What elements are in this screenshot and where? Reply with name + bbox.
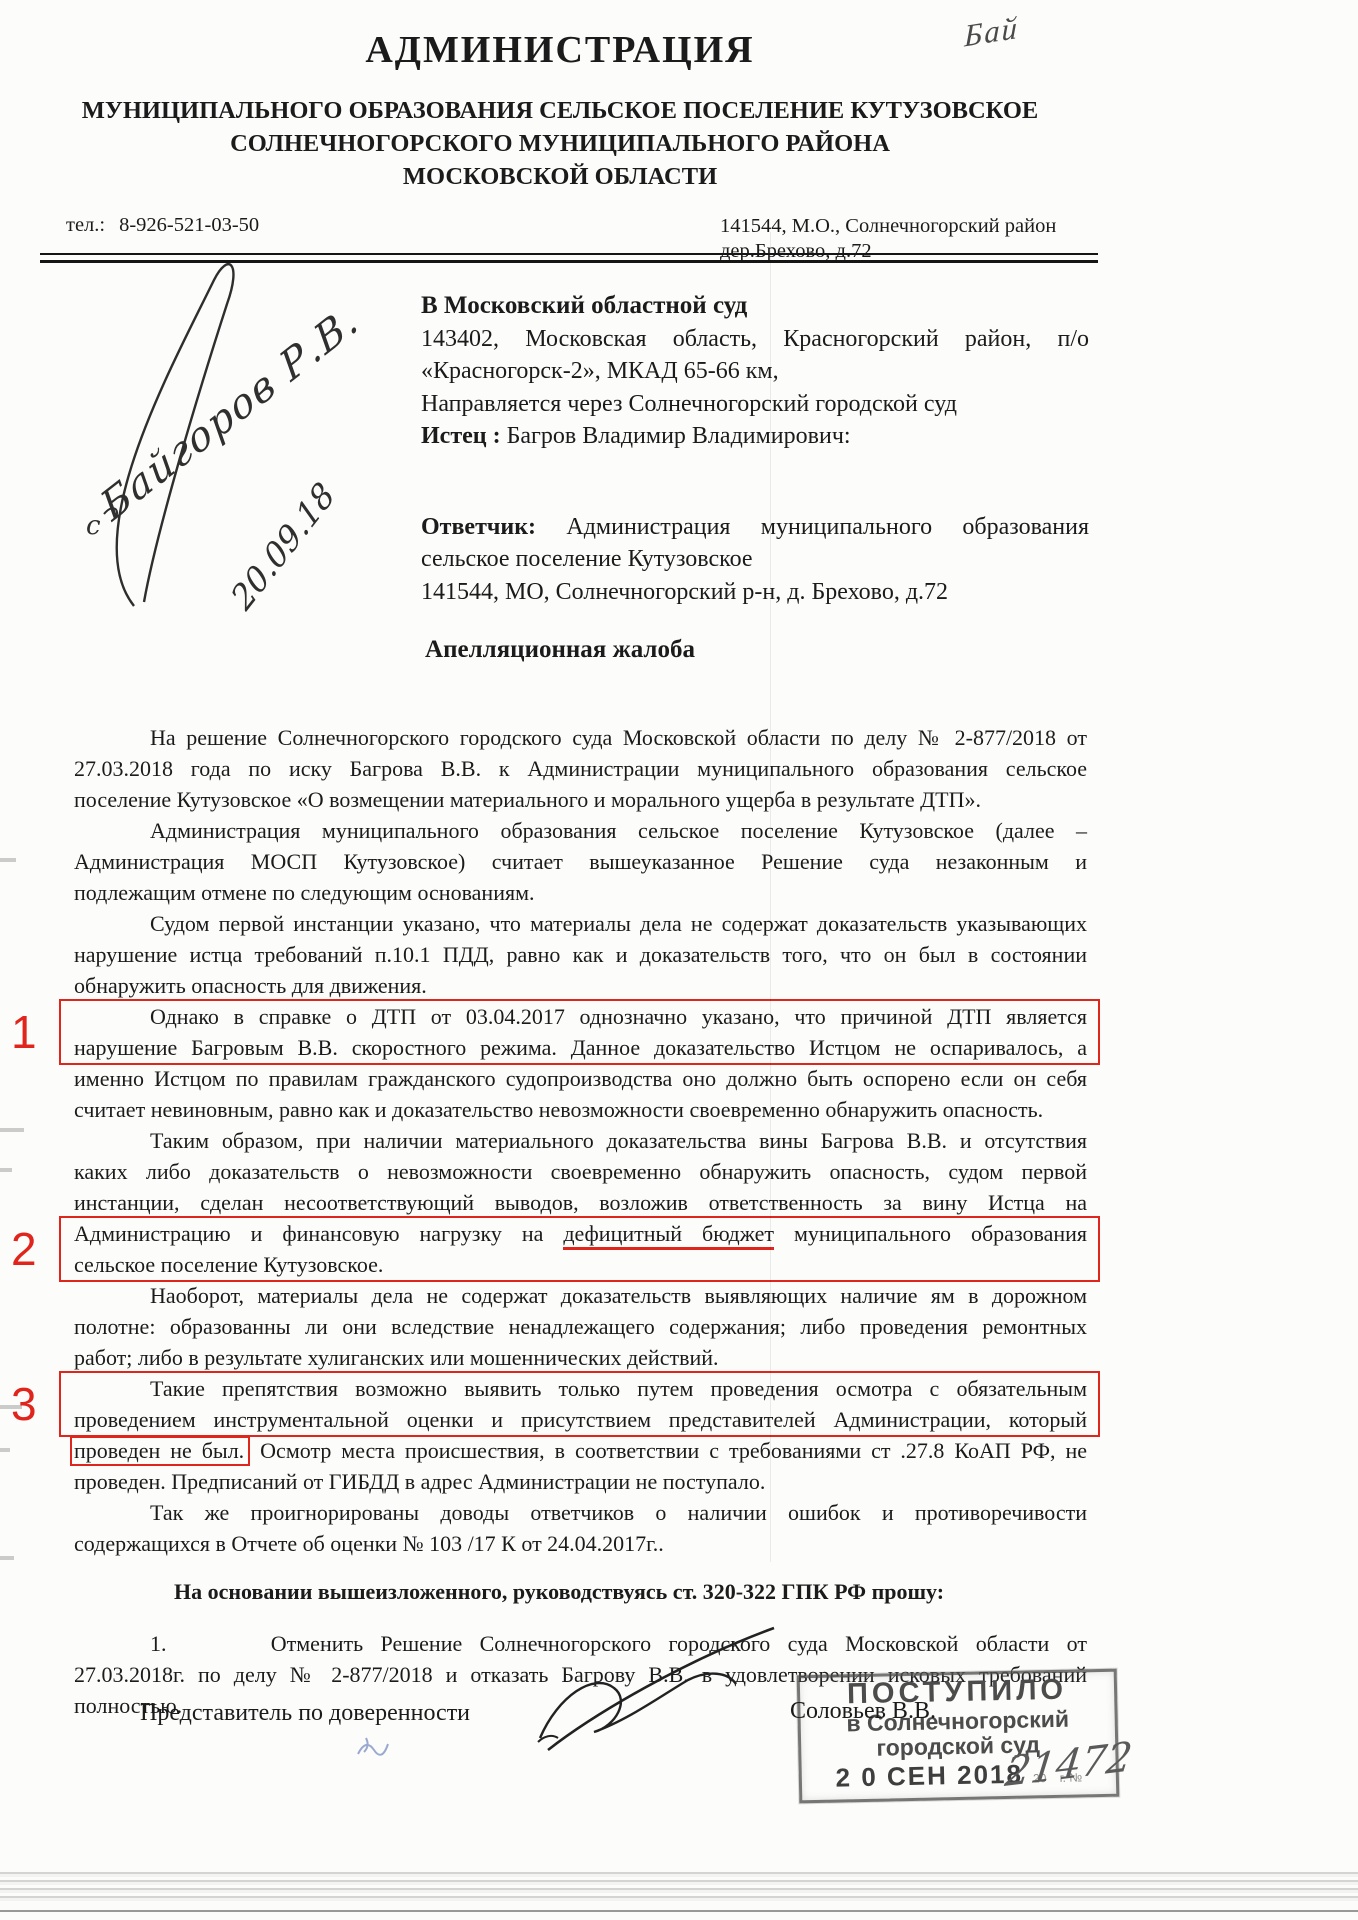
org-line-3: МОСКОВСКОЙ ОБЛАСТИ: [40, 160, 1080, 193]
routing-line: Направляется через Солнечногорский город…: [421, 388, 1089, 421]
org-address-line-1: 141544, М.О., Солнечногорский район: [720, 214, 1092, 239]
plaintiff-line: Истец : Багров Владимир Владимирович:: [421, 420, 1089, 453]
body-text-segment: каких либо доказательств о невозможности…: [74, 1159, 1087, 1184]
body-text-segment: Администрацию и финансовую нагрузку на: [74, 1221, 563, 1246]
body-line: инстанции, сделан несоответствующий выво…: [74, 1187, 1087, 1218]
body-text-segment: проведен. Предписаний от ГИБДД в адрес А…: [74, 1469, 765, 1494]
body-text-segment: 27.03.2018 года по иску Багрова В.В. к А…: [74, 756, 1087, 781]
scan-artifact: [0, 1448, 10, 1452]
signature-stroke: [540, 1674, 736, 1738]
body-text-segment: На решение Солнечногорского городского с…: [150, 725, 1087, 750]
body-line: сельское поселение Кутузовское.: [74, 1249, 1087, 1280]
red-annotation-box-3: 3Такие препятствия возможно выявить толь…: [59, 1371, 1100, 1437]
body-text-segment: сельское поселение Кутузовское.: [74, 1252, 383, 1277]
org-title: АДМИНИСТРАЦИЯ: [40, 28, 1080, 72]
body-text: На решение Солнечногорского городского с…: [74, 722, 1087, 1721]
scan-artifact: [0, 1405, 22, 1409]
court-address-line-1: 143402, Московская область, Красногорски…: [421, 323, 1089, 356]
body-line: Однако в справке о ДТП от 03.04.2017 одн…: [74, 1001, 1087, 1032]
body-text-segment: поселение Кутузовское «О возмещении мате…: [74, 787, 981, 812]
scanned-appeal-document: АДМИНИСТРАЦИЯ МУНИЦИПАЛЬНОГО ОБРАЗОВАНИЯ…: [0, 0, 1358, 1920]
body-line: Таким образом, при наличии материального…: [74, 1125, 1087, 1156]
stamp-date: 2 0 СЕН 2018: [835, 1759, 1023, 1794]
defendant-line-2: сельское поселение Кутузовское: [421, 543, 1089, 576]
body-text-segment: муниципального образования: [774, 1221, 1087, 1246]
representative-signature: [536, 1618, 806, 1778]
defendant-line-1: Ответчик: Администрация муниципального о…: [421, 511, 1089, 544]
body-line: содержащихся в Отчете об оценки № 103 /1…: [74, 1528, 1087, 1559]
body-text-segment: Администрация МОСП Кутузовское) считает …: [74, 849, 1087, 874]
defendant-name: Администрация муниципального образования: [536, 514, 1089, 540]
body-line: Наоборот, материалы дела не содержат док…: [74, 1280, 1087, 1311]
body-line: 27.03.2018 года по иску Багрова В.В. к А…: [74, 753, 1087, 784]
request-heading: На основании вышеизложенного, руководств…: [74, 1576, 1087, 1607]
document-title: Апелляционная жалоба: [40, 636, 1080, 664]
scan-edge-line: [0, 1910, 1358, 1912]
diagonal-handwritten-signature: с Байгоров Р.В. 20.09.18: [34, 204, 464, 624]
recipient-block: В Московский областной суд 143402, Моско…: [421, 290, 1089, 608]
pen-squiggle: [358, 1738, 388, 1755]
body-line: поселение Кутузовское «О возмещении мате…: [74, 784, 1087, 815]
blue-pen-mark: [352, 1730, 394, 1764]
body-text-segment: Судом первой инстанции указано, что мате…: [150, 911, 1087, 936]
body-text-segment: именно Истцом по правилам гражданского с…: [74, 1066, 1087, 1091]
scan-fold-line: [770, 232, 771, 1562]
signer-name: Соловьев В.В.: [790, 1698, 936, 1725]
annotation-number-3: 3: [11, 1377, 37, 1431]
body-line: полотне: образованны ли они вследствие н…: [74, 1311, 1087, 1342]
body-text-segment: Такие препятствия возможно выявить тольк…: [150, 1376, 1087, 1401]
body-line: Так же проигнорированы доводы ответчиков…: [74, 1497, 1087, 1528]
body-line: Такие препятствия возможно выявить тольк…: [74, 1373, 1087, 1404]
handwritten-name: с: [86, 511, 101, 541]
body-text-segment: Таким образом, при наличии материального…: [150, 1128, 1087, 1153]
annotation-number-1: 1: [11, 1005, 37, 1059]
court-name: В Московский областной суд: [421, 290, 1089, 323]
org-line-2: СОЛНЕЧНОГОРСКОГО МУНИЦИПАЛЬНОГО РАЙОНА: [40, 127, 1080, 160]
body-line: каких либо доказательств о невозможности…: [74, 1156, 1087, 1187]
body-text-segment: проведением инструментальной оценки и пр…: [74, 1407, 1087, 1432]
scan-artifact: [0, 858, 16, 862]
body-line: Администрацию и финансовую нагрузку на д…: [74, 1218, 1087, 1249]
body-text-segment: Так же проигнорированы доводы ответчиков…: [150, 1500, 1087, 1525]
body-text-segment: На основании вышеизложенного, руководств…: [174, 1579, 944, 1604]
body-line: работ; либо в результате хулиганских или…: [74, 1342, 1087, 1373]
body-line: обнаружить опасность для движения.: [74, 970, 1087, 1001]
annotation-number-2: 2: [11, 1222, 37, 1276]
red-underline-annotation: дефицитный бюджет: [563, 1221, 774, 1250]
court-address-line-2: «Красногорск-2», МКАД 65-66 км,: [421, 355, 1089, 388]
scan-artifact: [0, 1128, 24, 1132]
body-text-segment: Наоборот, материалы дела не содержат док…: [150, 1283, 1087, 1308]
body-text-segment: Однако в справке о ДТП от 03.04.2017 одн…: [150, 1004, 1087, 1029]
body-line: Администрация муниципального образования…: [74, 815, 1087, 846]
representative-label: Представитель по доверенности: [140, 1700, 470, 1727]
red-annotation-box-1: 1Однако в справке о ДТП от 03.04.2017 од…: [59, 999, 1100, 1065]
defendant-line-3: 141544, МО, Солнечногорский р-н, д. Брех…: [421, 576, 1089, 609]
body-line: подлежащим отмене по следующим основания…: [74, 877, 1087, 908]
body-text-segment: подлежащим отмене по следующим основания…: [74, 880, 535, 905]
body-line: Администрация МОСП Кутузовское) считает …: [74, 846, 1087, 877]
spacer: [421, 453, 1089, 511]
handwritten-date: 20.09.18: [223, 475, 342, 619]
body-line: проведен. Предписаний от ГИБДД в адрес А…: [74, 1466, 1087, 1497]
body-text-segment: считает невиновным, равно как и доказате…: [74, 1097, 1043, 1122]
body-text-segment: нарушение истца требований п.10.1 ПДД, р…: [74, 942, 1087, 967]
body-line: считает невиновным, равно как и доказате…: [74, 1094, 1087, 1125]
body-line: именно Истцом по правилам гражданского с…: [74, 1063, 1087, 1094]
plaintiff-name: Багров Владимир Владимирович:: [501, 423, 851, 449]
body-text-segment: полотне: образованны ли они вследствие н…: [74, 1314, 1087, 1339]
red-inline-box-annotation: проведен не был.: [70, 1436, 250, 1466]
body-text-segment: Осмотр места происшествия, в соответстви…: [250, 1438, 1087, 1463]
scan-artifact: [0, 1168, 12, 1172]
body-text-segment: содержащихся в Отчете об оценки № 103 /1…: [74, 1531, 664, 1556]
body-text-segment: нарушение Багровым В.В. скоростного режи…: [74, 1035, 1087, 1060]
scan-artifact: [0, 1556, 14, 1560]
body-text-segment: Администрация муниципального образования…: [150, 818, 1087, 843]
scan-noise-band: [0, 1872, 1358, 1902]
body-text-segment: работ; либо в результате хулиганских или…: [74, 1345, 719, 1370]
body-text-segment: инстанции, сделан несоответствующий выво…: [74, 1190, 1087, 1215]
body-line: На решение Солнечногорского городского с…: [74, 722, 1087, 753]
red-annotation-box-2: 2Администрацию и финансовую нагрузку на …: [59, 1216, 1100, 1282]
body-line: нарушение истца требований п.10.1 ПДД, р…: [74, 939, 1087, 970]
letterhead: АДМИНИСТРАЦИЯ МУНИЦИПАЛЬНОГО ОБРАЗОВАНИЯ…: [40, 28, 1080, 193]
body-line: Судом первой инстанции указано, что мате…: [74, 908, 1087, 939]
body-line: проведением инструментальной оценки и пр…: [74, 1404, 1087, 1435]
body-text-segment: обнаружить опасность для движения.: [74, 973, 427, 998]
org-line-1: МУНИЦИПАЛЬНОГО ОБРАЗОВАНИЯ СЕЛЬСКОЕ ПОСЕ…: [40, 94, 1080, 127]
body-line: проведен не был. Осмотр места происшеств…: [74, 1435, 1087, 1466]
body-line: нарушение Багровым В.В. скоростного режи…: [74, 1032, 1087, 1063]
